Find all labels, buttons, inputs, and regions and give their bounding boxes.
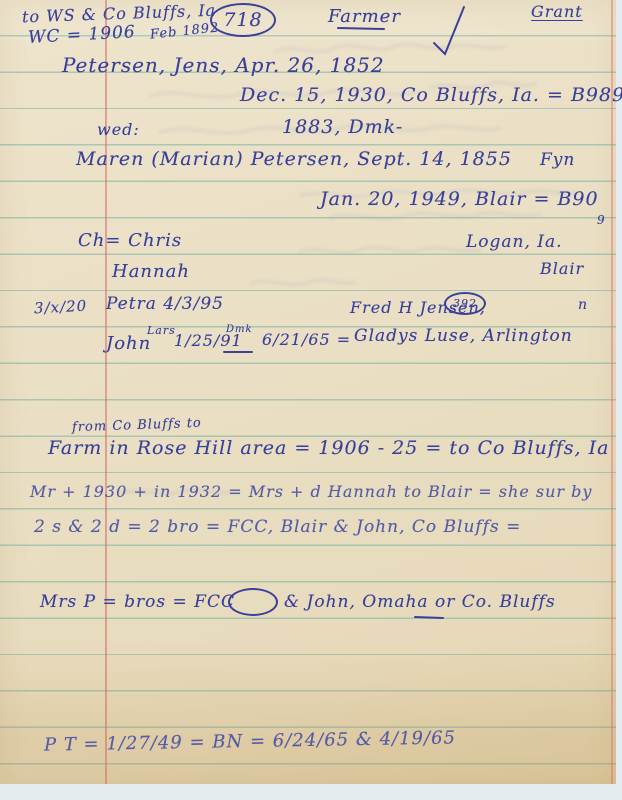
research-dates-note: P T = 1/27/49 = BN = 6/24/65 & 4/19/65 (44, 727, 456, 755)
hannah-location: Blair (540, 259, 584, 278)
children-label-chris: Ch= Chris (78, 230, 182, 251)
from-co-bluffs-note: from Co Bluffs to (72, 416, 202, 436)
mrs-p-note: Mrs P = bros = FCC (40, 592, 235, 612)
mrs-p-note-continued: & John, Omaha or Co. Bluffs (284, 592, 556, 612)
scanned-note-card: to WS & Co Bluffs, IaWC = 1906Feb 189271… (0, 0, 622, 800)
john-spouse: Gladys Luse, Arlington (354, 326, 573, 346)
primary-death-note: Dec. 15, 1930, Co Bluffs, Ia. = B989 (240, 84, 622, 106)
wc-year-note: WC = 1906 (28, 22, 137, 48)
occupation-label: Farmer (328, 6, 401, 27)
dmk-superscript: Dmk (226, 324, 253, 335)
date-code-note: 3/x/20 (34, 297, 88, 318)
child-hannah: Hannah (112, 261, 190, 282)
spouse-birthplace: Fyn (540, 150, 575, 170)
widow-note: Mr + 1930 + in 1932 = Mrs + d Hannah to … (30, 482, 592, 501)
feb-1892-note: Feb 1892 (149, 20, 220, 42)
chris-location: Logan, Ia. (466, 232, 563, 252)
farm-note: Farm in Rose Hill area = 1906 - 25 = to … (48, 437, 609, 459)
grant-name: Grant (531, 2, 583, 21)
ditto-mark: n (578, 297, 588, 313)
primary-name-birth: Petersen, Jens, Apr. 26, 1852 (62, 53, 385, 77)
spouse-name-birth: Maren (Marian) Petersen, Sept. 14, 1855 (76, 148, 512, 170)
record-number: 718 (210, 3, 276, 37)
empty-oval (228, 588, 278, 616)
marriage-note: 1883, Dmk- (282, 116, 403, 138)
spouse-death-note: Jan. 20, 1949, Blair = B90 (320, 188, 599, 210)
spouse-death-digit: 9 (597, 213, 606, 227)
wed-label: wed: (97, 120, 140, 139)
handwriting-layer: to WS & Co Bluffs, IaWC = 1906Feb 189271… (0, 0, 622, 800)
son-in-law-number: 392 (444, 292, 486, 315)
survivors-note: 2 s & 2 d = 2 bro = FCC, Blair & John, C… (34, 517, 521, 537)
child-petra-birth: Petra 4/3/95 (106, 294, 224, 314)
child-john: John (106, 333, 151, 354)
lars-superscript: Lars (147, 324, 176, 337)
john-marriage-date: 6/21/65 = (262, 330, 351, 349)
